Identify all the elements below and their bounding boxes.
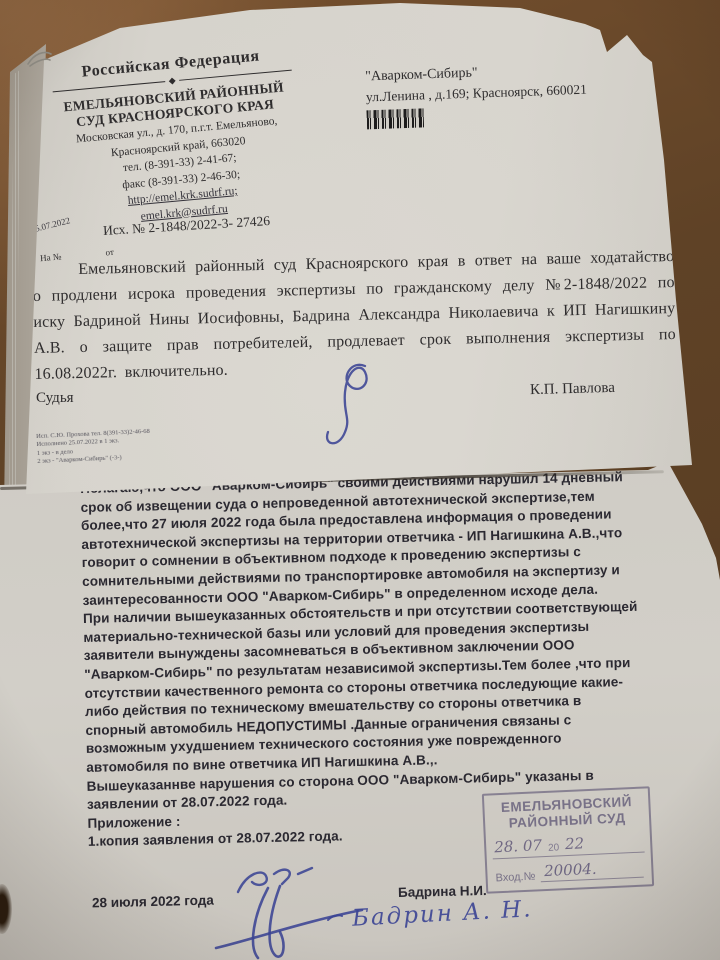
- stamp-incoming-label: Вход.№: [495, 871, 535, 885]
- complaint-date: 28 июля 2022 года: [92, 893, 214, 911]
- stamp-year-handwritten: 22: [565, 834, 585, 853]
- judge-name: К.П. Павлова: [530, 380, 615, 399]
- signer-name-typed: Бадрина Н.И.: [398, 883, 487, 900]
- stamp-incoming-number: 20004.: [540, 858, 644, 883]
- binder-thread-icon: [24, 42, 54, 77]
- stamp-year-printed: 20: [548, 842, 560, 853]
- court-letterhead: Российская Федерация ◆ ЕМЕЛЬЯНОВСКИЙ РАЙ…: [21, 42, 335, 234]
- applicant-signature: [210, 862, 370, 960]
- stamp-date-handwritten: 28. 07: [494, 836, 542, 856]
- recipient-block: "Аварком-Сибирь" ул.Ленина , д.169; Крас…: [365, 59, 677, 130]
- judge-signature: [305, 358, 415, 458]
- divider-diamond-icon: ◆: [168, 76, 176, 86]
- signer-name-handwritten: Бадрин А. Н.: [351, 896, 533, 931]
- executor-note: Исп. С.Ю. Прохова тел. 8(391-33)2-46-68 …: [36, 428, 151, 467]
- photo-of-documents: Полагаю,что ООО "Аварком-Сибирь" своими …: [0, 0, 720, 960]
- judge-title: Судья: [36, 390, 74, 407]
- incoming-court-stamp: ЕМЕЛЬЯНОВСКИЙ РАЙОННЫЙ СУД 28. 07 20 22 …: [482, 786, 654, 894]
- barcode: [366, 108, 424, 129]
